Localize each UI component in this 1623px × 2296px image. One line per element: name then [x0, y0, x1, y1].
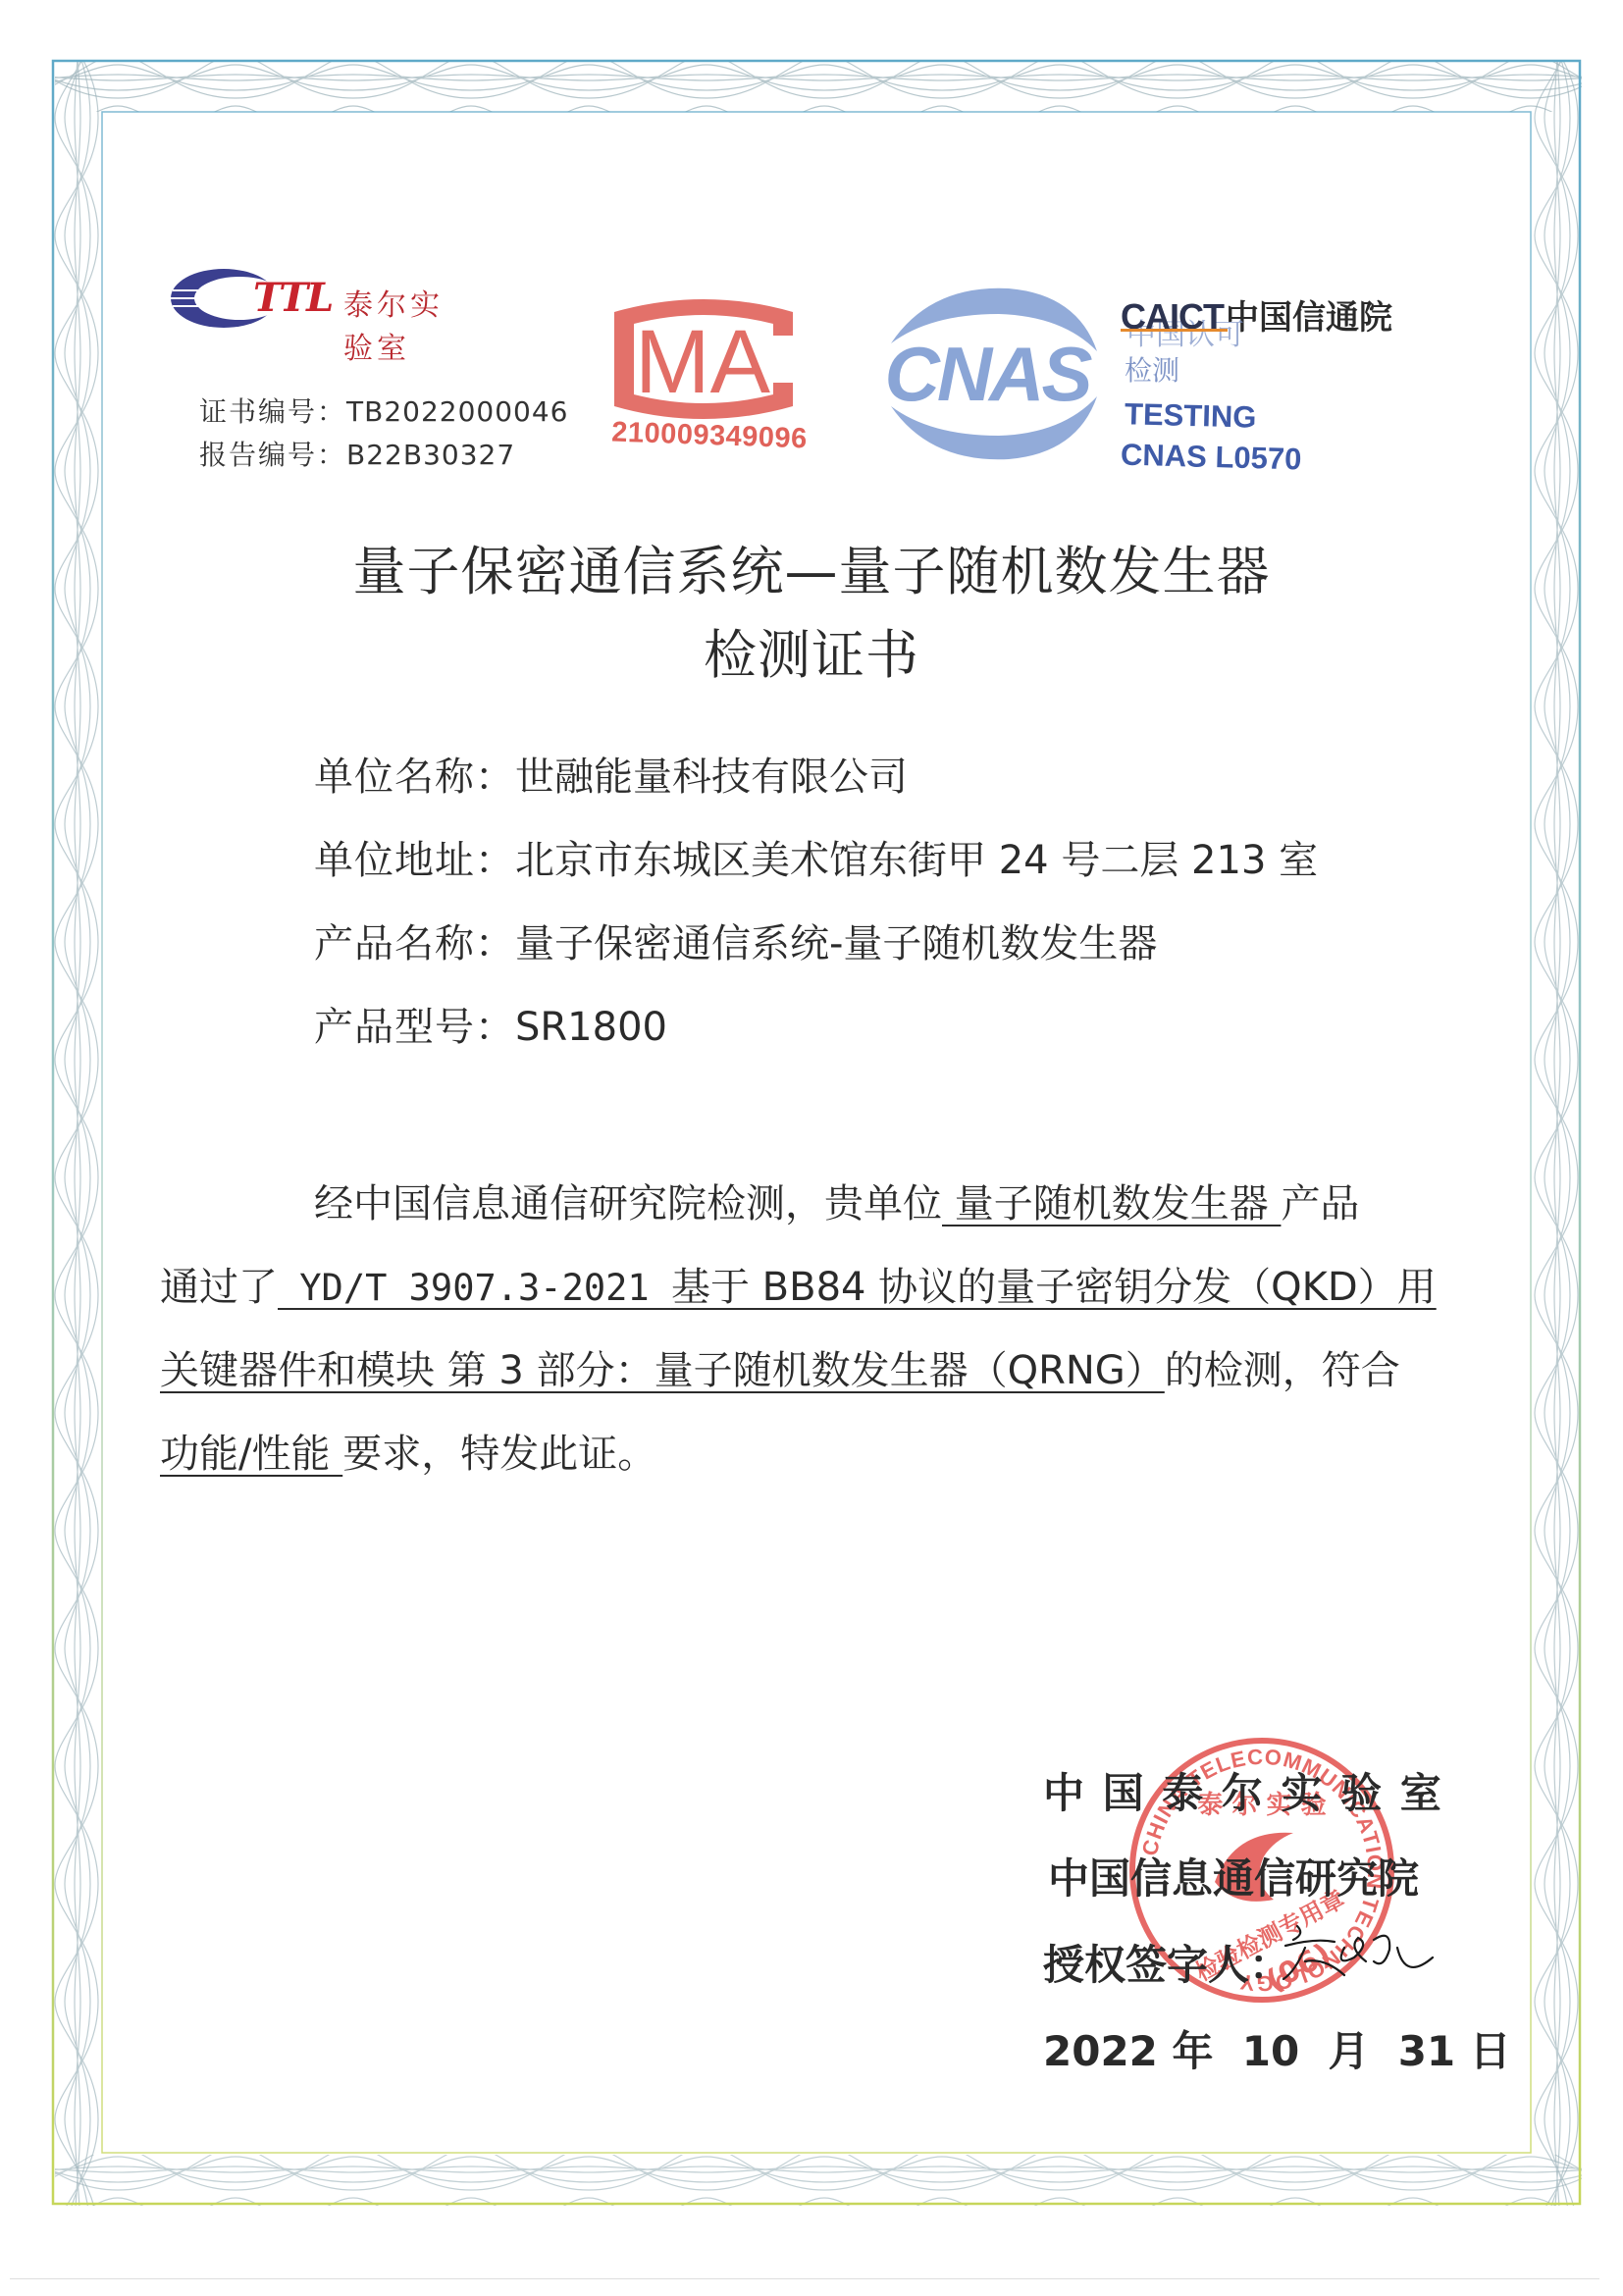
cma-stamp-text: MA	[635, 312, 771, 412]
cnas-oval-icon: CNAS	[862, 281, 1107, 467]
statement-line-3: 关键器件和模块 第 3 部分：量子随机数发生器（QRNG）的检测，符合	[160, 1339, 1400, 1395]
field-label: 单位地址：	[314, 838, 515, 883]
standard-title-cont: 关键器件和模块 第 3 部分：量子随机数发生器（QRNG）	[160, 1348, 1165, 1393]
statement-line-4: 功能/性能 要求，特发此证。	[160, 1423, 656, 1479]
field-value: 北京市东城区美术馆东街甲 24 号二层 213 室	[515, 838, 1318, 883]
certificate-number-row: 证书编号：TB2022000046	[199, 391, 568, 430]
caict-abbr: CAICT	[1121, 296, 1224, 338]
cnas-logo: CNAS	[862, 281, 1107, 467]
report-number-row: 报告编号：B22B30327	[199, 434, 515, 473]
cma-stamp-icon: MA	[587, 290, 832, 428]
issue-date: 2022 年 10 月 31 日	[1043, 2019, 1511, 2078]
field-product-name: 产品名称：量子保密通信系统-量子随机数发生器	[314, 913, 1157, 968]
cnas-code: CNAS L0570	[1121, 438, 1302, 478]
field-label: 产品型号：	[314, 1005, 515, 1050]
field-value: 量子保密通信系统-量子随机数发生器	[515, 921, 1157, 966]
field-label: 产品名称：	[314, 921, 515, 966]
certificate-title: 量子保密通信系统—量子随机数发生器	[0, 530, 1623, 605]
ttl-lab-logo: TTL 泰尔实验室	[169, 267, 453, 330]
caict-name: 中国信通院	[1226, 290, 1392, 339]
statement-text: 要求，特发此证。	[342, 1432, 656, 1477]
field-company-address: 单位地址：北京市东城区美术馆东街甲 24 号二层 213 室	[314, 829, 1318, 885]
certificate-number-label: 证书编号：	[199, 395, 346, 428]
field-value: 世融能量科技有限公司	[515, 755, 908, 800]
certificate-subtitle: 检测证书	[0, 613, 1623, 689]
standard-number: YD/T 3907.3-2021	[278, 1267, 671, 1309]
caict-testing-cn: 检测	[1125, 349, 1179, 389]
field-label: 单位名称：	[314, 755, 515, 800]
report-number-label: 报告编号：	[199, 439, 346, 471]
statement-text: 产品	[1281, 1181, 1359, 1226]
statement-text: 的检测，符合	[1165, 1348, 1400, 1393]
ttl-lab-name: 泰尔实验室	[343, 281, 453, 367]
cma-stamp: MA 210009349096	[587, 290, 832, 477]
statement-line-2: 通过了 YD/T 3907.3-2021 基于 BB84 协议的量子密钥分发（Q…	[160, 1256, 1437, 1312]
product-blank: 量子随机数发生器	[942, 1181, 1281, 1226]
standard-title: 基于 BB84 协议的量子密钥分发（QKD）用	[671, 1265, 1437, 1310]
ttl-abbr: TTL	[253, 275, 332, 321]
report-number: B22B30327	[346, 439, 515, 471]
statement-line-1: 经中国信息通信研究院检测，贵单位 量子随机数发生器 产品	[314, 1173, 1359, 1228]
caict-accreditation: 中国认可 CAICT中国信通院 检测 TESTING CNAS L0570	[1121, 290, 1444, 339]
field-company-name: 单位名称：世融能量科技有限公司	[314, 746, 908, 802]
cnas-text: CNAS	[884, 331, 1092, 417]
issuer-institute: 中国信息通信研究院	[1048, 1847, 1419, 1905]
requirement-blank: 功能/性能	[160, 1432, 342, 1477]
signatory-label: 授权签字人：	[1043, 1933, 1290, 1992]
statement-text: 经中国信息通信研究院检测，贵单位	[314, 1181, 942, 1226]
caict-testing-en: TESTING	[1125, 396, 1257, 436]
page-edge-line	[10, 2278, 1599, 2279]
issuer-lab: 中 国 泰 尔 实 验 室	[1043, 1761, 1443, 1820]
field-value: SR1800	[515, 1005, 667, 1050]
handwritten-signature	[1276, 1918, 1452, 1987]
field-product-model: 产品型号：SR1800	[314, 996, 667, 1052]
certificate-number: TB2022000046	[346, 395, 568, 428]
statement-text: 通过了	[160, 1265, 278, 1310]
